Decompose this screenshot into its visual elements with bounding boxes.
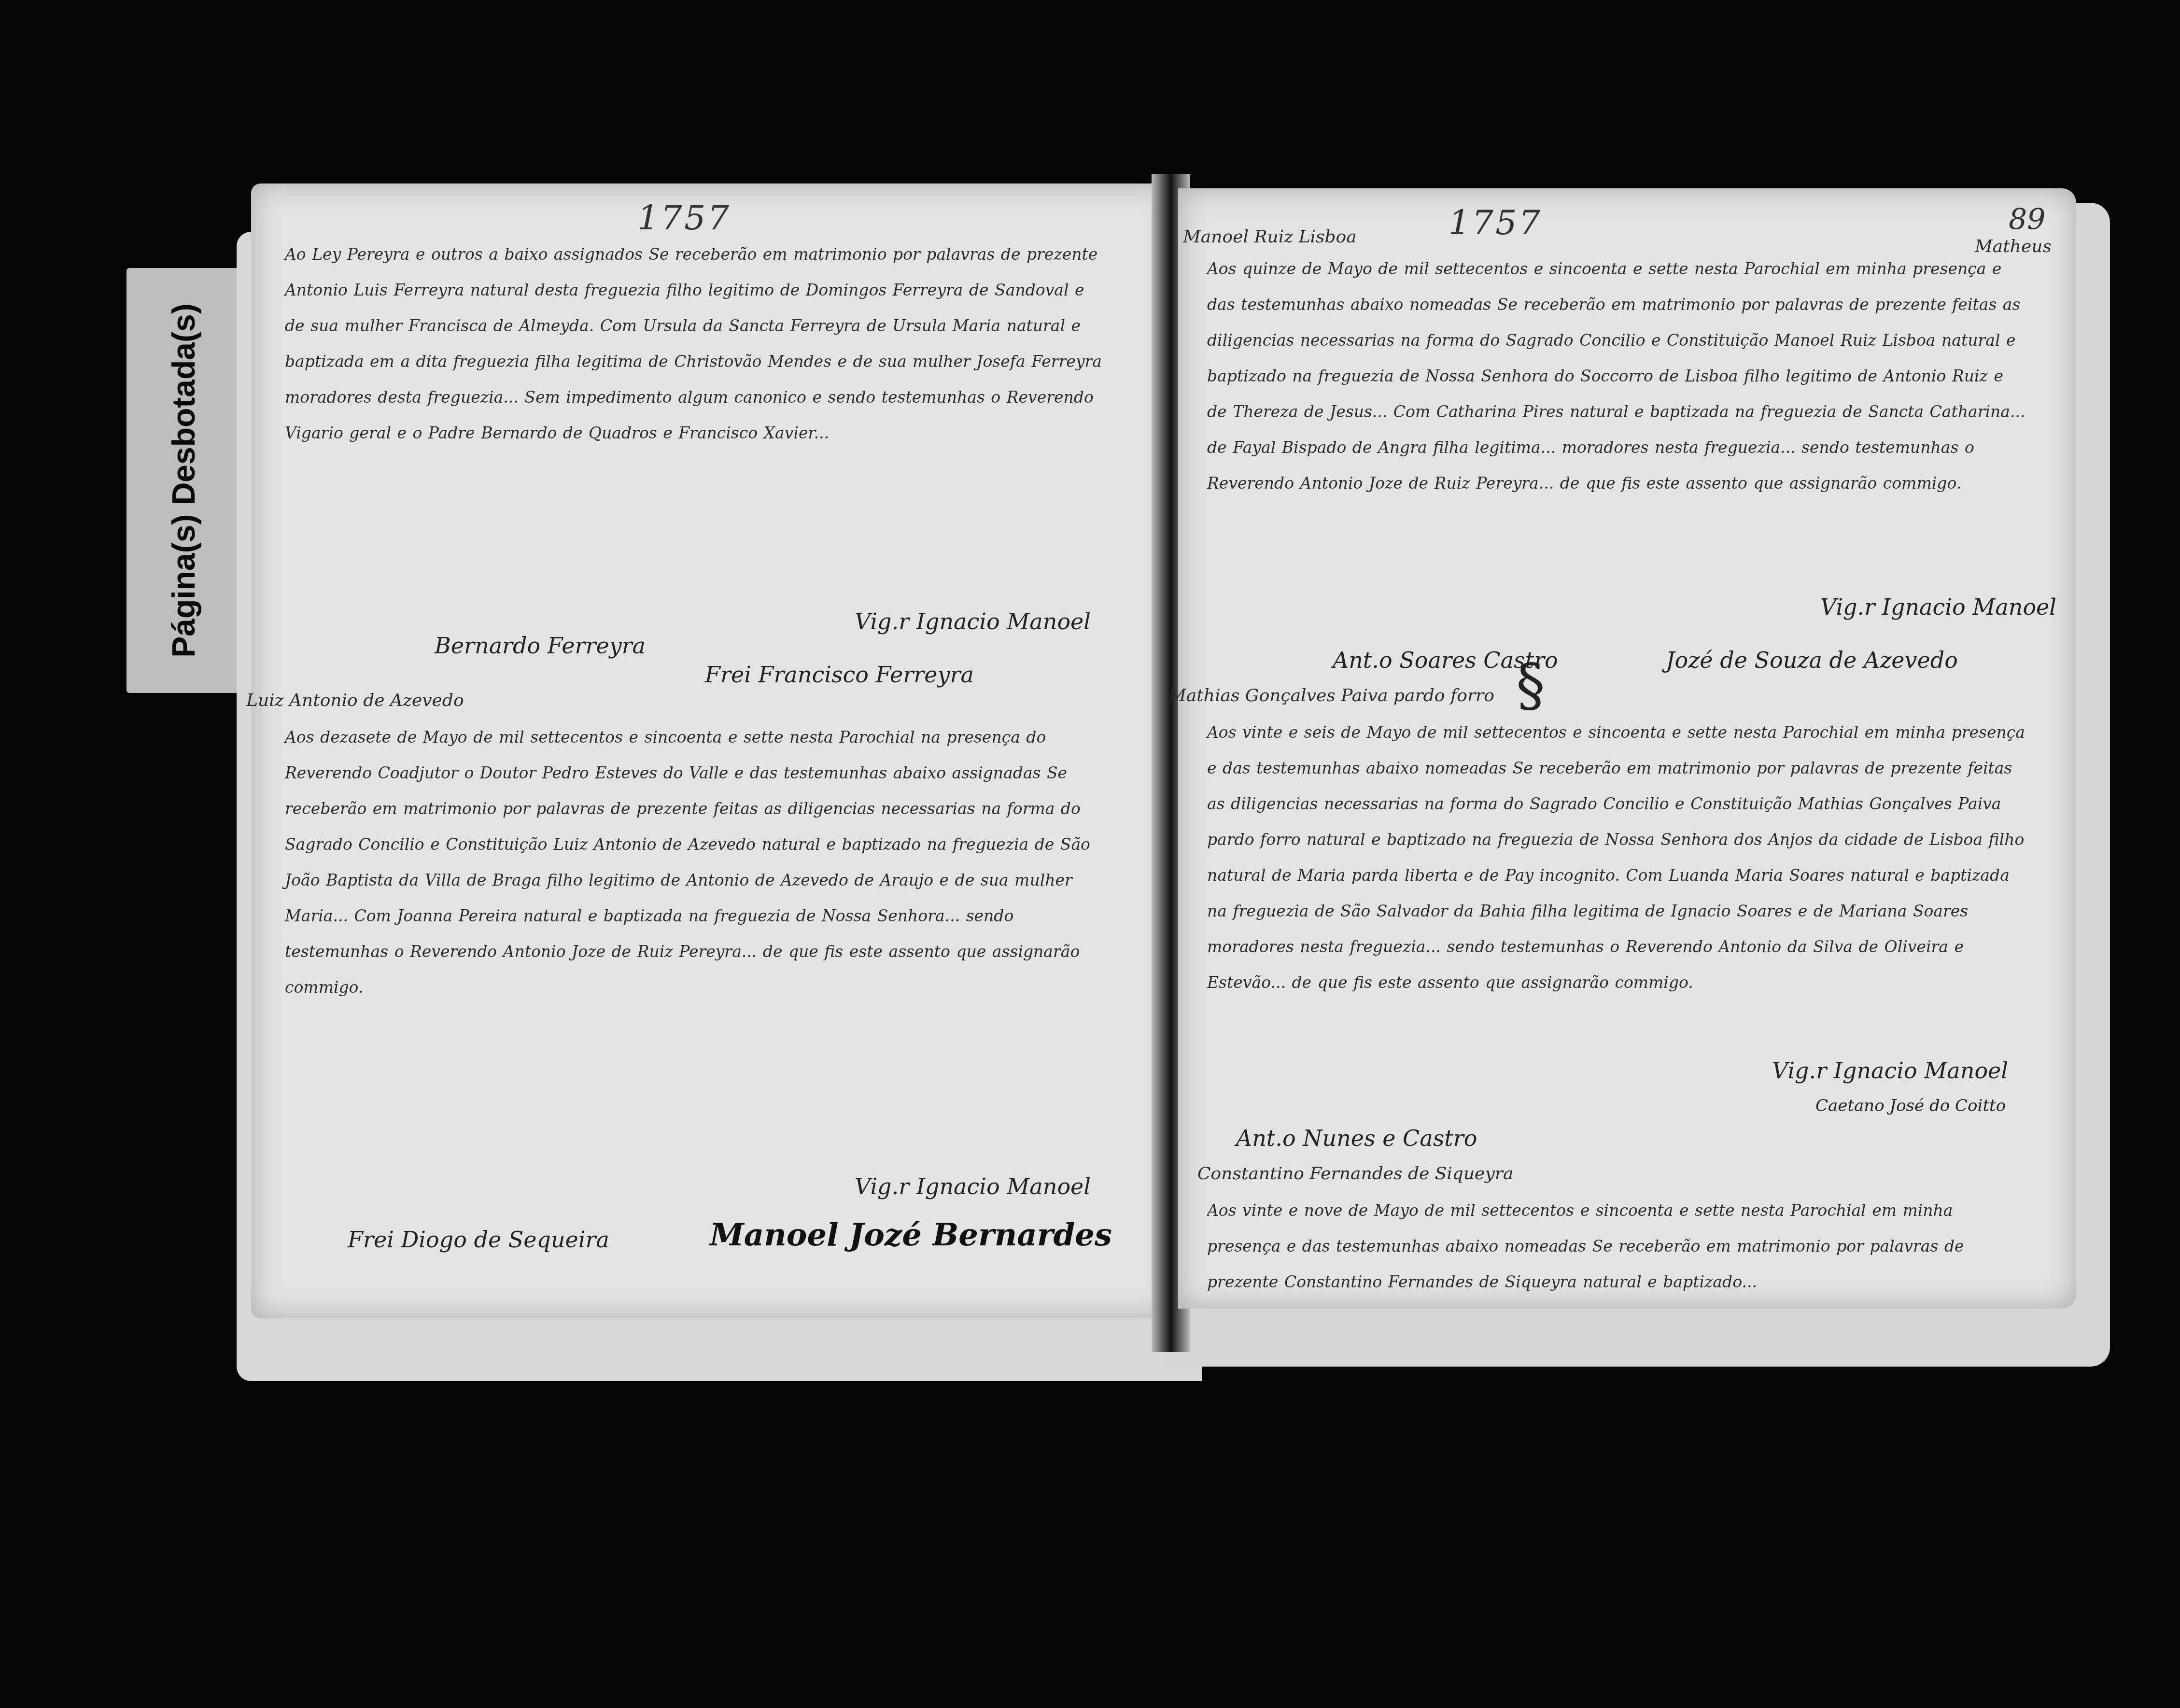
- right-entry-2-vicar-signature: Vig.r Ignacio Manoel: [1772, 1058, 2008, 1084]
- left-entry-1-vicar-signature: Vig.r Ignacio Manoel: [855, 608, 1091, 635]
- left-entry-2-margin-name: Luiz Antonio de Azevedo: [246, 691, 464, 710]
- right-entry-1: Aos quinze de Mayo de mil settecentos e …: [1207, 251, 2028, 501]
- left-page: 1757 Ao Ley Pereyra e outros a baixo ass…: [251, 184, 1173, 1318]
- right-page: 1757 89 Manoel Ruiz Lisboa Matheus Aos q…: [1178, 188, 2076, 1309]
- left-entry-1: Ao Ley Pereyra e outros a baixo assignad…: [285, 237, 1106, 451]
- right-page-year: 1757: [1449, 203, 1542, 242]
- right-entry-2-witness-2: Jozé de Souza de Azevedo: [1666, 647, 1958, 673]
- placard-label: Página(s) Desbotada(s): [165, 303, 202, 657]
- right-entry-3-margin-name: Constantino Fernandes de Siqueyra: [1197, 1164, 1513, 1184]
- left-entry-2: Aos dezasete de Mayo de mil settecentos …: [285, 720, 1106, 1005]
- left-page-year: 1757: [637, 198, 731, 238]
- open-register-book: 1757 Ao Ley Pereyra e outros a baixo ass…: [208, 174, 2100, 1381]
- right-entry-3: Aos vinte e nove de Mayo de mil settecen…: [1207, 1193, 2028, 1299]
- left-entry-2-witness-1: Frei Diogo de Sequeira: [348, 1227, 609, 1253]
- folio-number: 89: [2009, 203, 2045, 237]
- left-entry-1-witness-2: Frei Francisco Ferreyra: [705, 662, 974, 688]
- right-entry-1-margin-name: Manoel Ruiz Lisboa: [1183, 227, 1357, 247]
- right-entry-1-vicar-signature: Vig.r Ignacio Manoel: [1820, 594, 2056, 620]
- right-entry-2-margin-name: Mathias Gonçalves Paiva pardo forro: [1168, 686, 1494, 706]
- flourish-ornament-icon: §: [1516, 652, 1545, 719]
- right-entry-2-witness-3: Caetano José do Coitto: [1815, 1096, 2006, 1115]
- left-entry-2-witness-2: Manoel Jozé Bernardes: [710, 1217, 1112, 1253]
- left-entry-2-vicar-signature: Vig.r Ignacio Manoel: [855, 1173, 1091, 1200]
- right-entry-2: Aos vinte e seis de Mayo de mil settecen…: [1207, 715, 2028, 1001]
- right-entry-3-witness-1: Ant.o Nunes e Castro: [1236, 1125, 1477, 1151]
- left-entry-1-witness-1: Bernardo Ferreyra: [435, 633, 646, 659]
